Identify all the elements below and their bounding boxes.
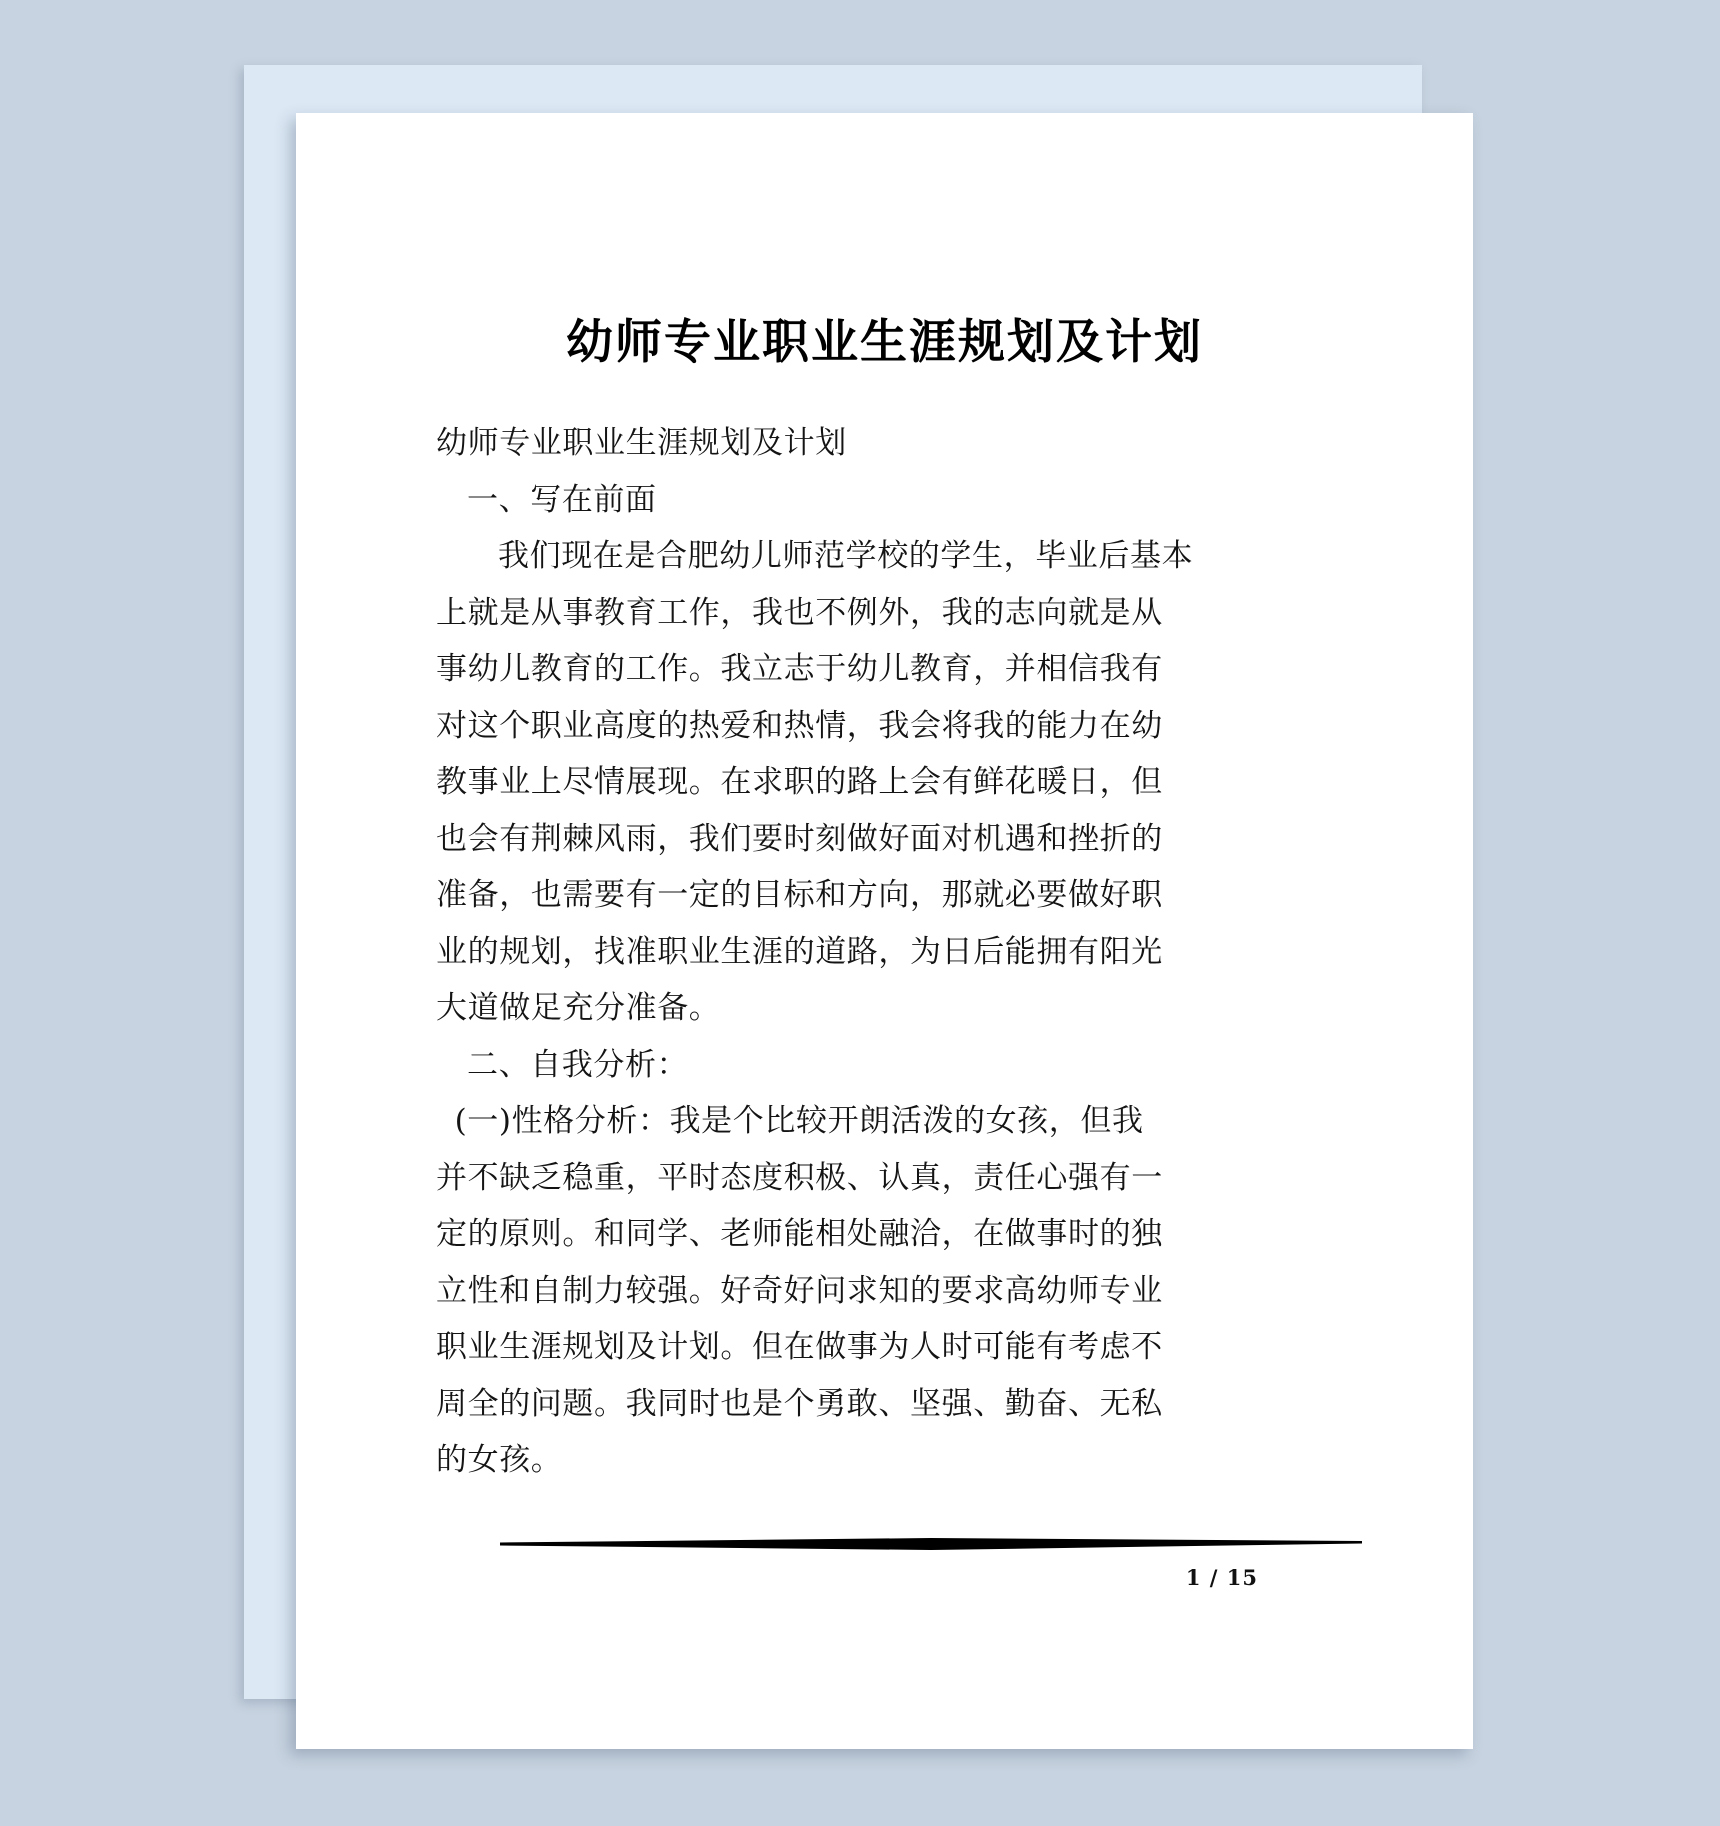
body-line: (一)性格分析：我是个比较开朗活泼的女孩，但我 bbox=[436, 1093, 1196, 1150]
document-body: 幼师专业职业生涯规划及计划一、写在前面我们现在是合肥幼儿师范学校的学生，毕业后基… bbox=[436, 415, 1196, 1489]
document-title: 幼师专业职业生涯规划及计划 bbox=[296, 305, 1473, 372]
body-line: 我们现在是合肥幼儿师范学校的学生，毕业后基本 bbox=[436, 528, 1196, 585]
page-number: 1 / 15 bbox=[1186, 1565, 1258, 1590]
body-line: 职业生涯规划及计划。但在做事为人时可能有考虑不 bbox=[436, 1319, 1196, 1376]
body-line: 二、自我分析： bbox=[436, 1037, 1196, 1094]
body-line: 并不缺乏稳重，平时态度积极、认真，责任心强有一 bbox=[436, 1150, 1196, 1207]
body-line: 周全的问题。我同时也是个勇敢、坚强、勤奋、无私 bbox=[436, 1376, 1196, 1433]
body-line: 大道做足充分准备。 bbox=[436, 980, 1196, 1037]
footer-divider-line bbox=[500, 1538, 1362, 1551]
body-line: 对这个职业高度的热爱和热情，我会将我的能力在幼 bbox=[436, 698, 1196, 755]
body-line: 的女孩。 bbox=[436, 1432, 1196, 1489]
body-line: 也会有荆棘风雨，我们要时刻做好面对机遇和挫折的 bbox=[436, 811, 1196, 868]
body-line: 准备，也需要有一定的目标和方向，那就必要做好职 bbox=[436, 867, 1196, 924]
body-line: 幼师专业职业生涯规划及计划 bbox=[436, 415, 1196, 472]
document-page: 幼师专业职业生涯规划及计划 幼师专业职业生涯规划及计划一、写在前面我们现在是合肥… bbox=[296, 113, 1473, 1749]
body-line: 定的原则。和同学、老师能相处融洽，在做事时的独 bbox=[436, 1206, 1196, 1263]
body-line: 事幼儿教育的工作。我立志于幼儿教育，并相信我有 bbox=[436, 641, 1196, 698]
body-line: 立性和自制力较强。好奇好问求知的要求高幼师专业 bbox=[436, 1263, 1196, 1320]
body-line: 业的规划，找准职业生涯的道路，为日后能拥有阳光 bbox=[436, 924, 1196, 981]
body-line: 教事业上尽情展现。在求职的路上会有鲜花暖日，但 bbox=[436, 754, 1196, 811]
desktop-background: 幼师专业职业生涯规划及计划 幼师专业职业生涯规划及计划一、写在前面我们现在是合肥… bbox=[0, 0, 1720, 1826]
body-line: 上就是从事教育工作，我也不例外，我的志向就是从 bbox=[436, 585, 1196, 642]
body-line: 一、写在前面 bbox=[436, 472, 1196, 529]
